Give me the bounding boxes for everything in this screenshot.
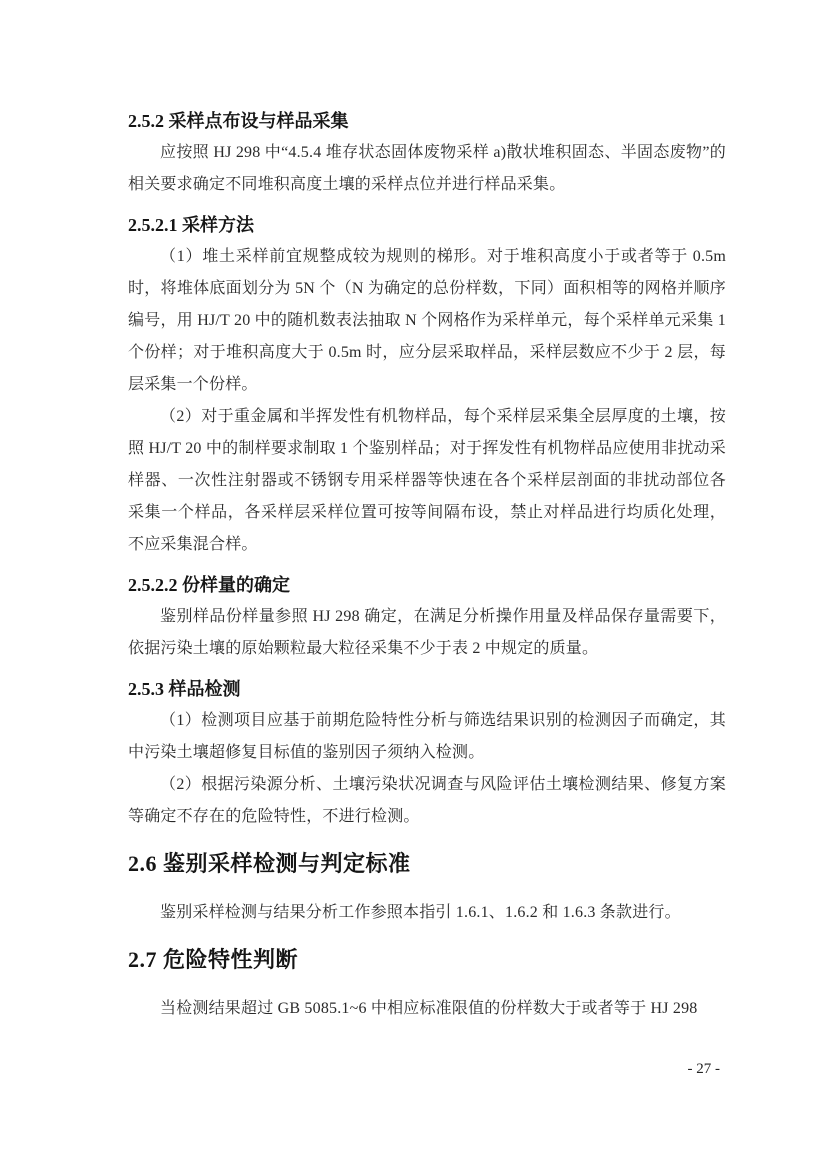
paragraph-2-5-3-item-2: （2）根据污染源分析、土壤污染状况调查与风险评估土壤检测结果、修复方案等确定不存… <box>128 769 726 833</box>
paragraph-2-7-body: 当检测结果超过 GB 5085.1~6 中相应标准限值的份样数大于或者等于 HJ… <box>128 993 726 1025</box>
paragraph-2-5-3-item-1: （1）检测项目应基于前期危险特性分析与筛选结果识别的检测因子而确定，其中污染土壤… <box>128 705 726 769</box>
document-content: 2.5.2 采样点布设与样品采集 应按照 HJ 298 中“4.5.4 堆存状态… <box>128 107 726 1025</box>
heading-2-5-2-sampling-points: 2.5.2 采样点布设与样品采集 <box>128 107 726 135</box>
heading-2-6-identification-standards: 2.6 鉴别采样检测与判定标准 <box>128 847 726 881</box>
heading-2-5-2-2-sample-amount: 2.5.2.2 份样量的确定 <box>128 571 726 599</box>
heading-2-5-2-1-sampling-method: 2.5.2.1 采样方法 <box>128 211 726 239</box>
document-page: { "document": { "page_number": "- 27 -",… <box>0 0 826 1169</box>
paragraph-2-6-body: 鉴别采样检测与结果分析工作参照本指引 1.6.1、1.6.2 和 1.6.3 条… <box>128 897 726 929</box>
page-number: - 27 - <box>688 1058 721 1080</box>
paragraph-2-5-2-2-body: 鉴别样品份样量参照 HJ 298 确定，在满足分析操作用量及样品保存量需要下，依… <box>128 601 726 665</box>
paragraph-2-5-2-body: 应按照 HJ 298 中“4.5.4 堆存状态固体废物采样 a)散状堆积固态、半… <box>128 137 726 201</box>
paragraph-2-5-2-1-item-2: （2）对于重金属和半挥发性有机物样品，每个采样层采集全层厚度的土壤，按照 HJ/… <box>128 401 726 561</box>
heading-2-5-3-sample-testing: 2.5.3 样品检测 <box>128 675 726 703</box>
paragraph-2-5-2-1-item-1: （1）堆土采样前宜规整成较为规则的梯形。对于堆积高度小于或者等于 0.5m 时，… <box>128 241 726 401</box>
heading-2-7-hazard-judgment: 2.7 危险特性判断 <box>128 943 726 977</box>
